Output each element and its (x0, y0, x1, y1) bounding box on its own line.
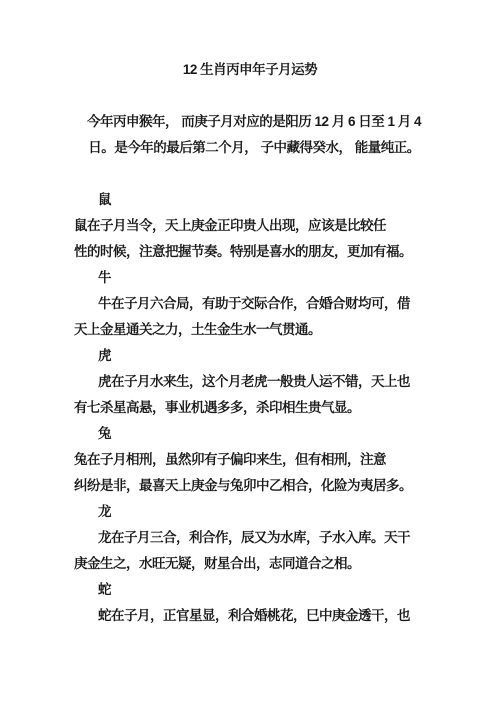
rat-text-line-2: 性的时候，注意把握节奏。特别是喜水的朋友，更加有福。 (0, 239, 500, 265)
dragon-text-line-1: 龙在子月三合，利合作，辰又为水库，子水入库。天干 (0, 525, 500, 551)
zodiac-heading-snake: 蛇 (0, 577, 500, 603)
intro-line-2: 日。是今年的最后第二个月， 子中藏得癸水， 能量纯正。 (0, 135, 500, 161)
zodiac-heading-rabbit: 兔 (0, 421, 500, 447)
rat-text-line-1: 鼠在子月当令，天上庚金正印贵人出现，应该是比较任 (0, 213, 500, 239)
ox-text-line-1: 牛在子月六合局，有助于交际合作，合婚合财均可，借 (0, 291, 500, 317)
tiger-text-line-2: 有七杀星高悬，事业机遇多多，杀印相生贵气显。 (0, 395, 500, 421)
zodiac-heading-dragon: 龙 (0, 499, 500, 525)
tiger-text-line-1: 虎在子月水来生，这个月老虎一般贵人运不错，天上也 (0, 369, 500, 395)
dragon-text-line-2: 庚金生之，水旺无疑，财星合出，志同道合之相。 (0, 551, 500, 577)
blank-line (0, 83, 500, 109)
ox-text-line-2: 天上金星通关之力，土生金生水一气贯通。 (0, 317, 500, 343)
document-page: 12 生肖丙申年子月运势 今年丙申猴年， 而庚子月对应的是阳历 12 月 6 日… (0, 0, 500, 708)
zodiac-heading-ox: 牛 (0, 265, 500, 291)
page-title: 12 生肖丙申年子月运势 (0, 57, 500, 83)
intro-line-1: 今年丙申猴年， 而庚子月对应的是阳历 12 月 6 日至 1 月 4 (0, 109, 500, 135)
rabbit-text-line-2: 纠纷是非，最喜天上庚金与兔卯中乙相合，化险为夷居多。 (0, 473, 500, 499)
rabbit-text-line-1: 兔在子月相刑，虽然卯有子偏印来生，但有相刑，注意 (0, 447, 500, 473)
zodiac-heading-tiger: 虎 (0, 343, 500, 369)
snake-text-line-1: 蛇在子月，正官星显，利合婚桃花，巳中庚金透干，也 (0, 603, 500, 629)
blank-line (0, 161, 500, 187)
zodiac-heading-rat: 鼠 (0, 187, 500, 213)
